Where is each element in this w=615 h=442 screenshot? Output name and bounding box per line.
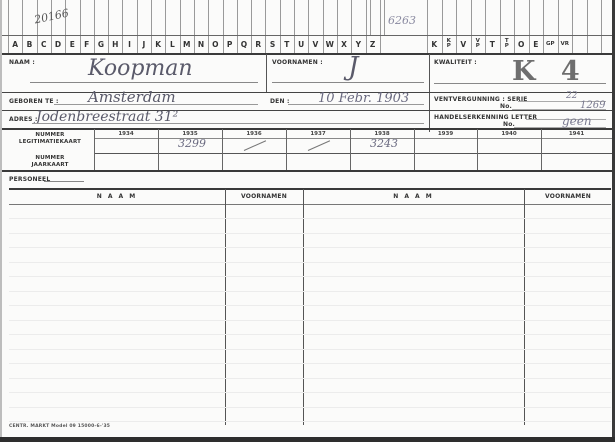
ruled-line <box>9 291 611 292</box>
category-tab: VR <box>558 36 573 52</box>
ruled-line <box>9 407 611 408</box>
personeel-header-voornamen-left: VOORNAMEN <box>225 193 303 200</box>
alphabet-tab-x: X <box>337 36 351 52</box>
den-underline <box>288 104 424 105</box>
ruled-line <box>9 363 611 364</box>
category-tab: V <box>456 36 471 52</box>
ruled-line <box>9 392 611 393</box>
voornamen-underline <box>272 82 424 83</box>
years-table-row-line <box>94 138 612 139</box>
alphabet-tab-q: Q <box>237 36 251 52</box>
ruled-line <box>9 247 611 248</box>
year-header: 1934 <box>94 131 158 137</box>
alphabet-tab-w: W <box>323 36 337 52</box>
naam-voornamen-divider <box>266 54 267 92</box>
personeel-header-voornamen-right: VOORNAMEN <box>524 193 612 200</box>
alphabet-tab-o: O <box>208 36 222 52</box>
tab-grid-line <box>384 0 385 35</box>
year-header: 1937 <box>286 131 350 137</box>
alphabet-tab-z: Z <box>366 36 380 52</box>
alphabet-tab-k: K <box>151 36 165 52</box>
personeel-underline <box>44 181 84 182</box>
years-table-row-line <box>94 153 612 154</box>
jaarkaart-row-label: JAARKAART <box>6 162 94 168</box>
dash-mark <box>244 140 266 151</box>
year-header: 1939 <box>414 131 477 137</box>
card-bottom-edge <box>0 437 615 442</box>
voornamen-label: VOORNAMEN : <box>272 59 323 66</box>
year-header: 1936 <box>222 131 286 137</box>
legitimatiekaart-row-label: NUMMER <box>6 132 94 138</box>
category-tab: T <box>485 36 500 52</box>
ventvergunning-no-label: No. <box>500 103 512 110</box>
jaarkaart-row-label: NUMMER <box>6 155 94 161</box>
year-header: 1940 <box>477 131 541 137</box>
alphabet-tab-p: P <box>223 36 237 52</box>
alphabet-tab-i: I <box>122 36 136 52</box>
voornamen-value: J <box>348 52 358 82</box>
ruled-line <box>9 378 611 379</box>
tab-grid-line <box>380 0 381 53</box>
alphabet-tab-n: N <box>194 36 208 52</box>
ruled-line <box>9 421 611 422</box>
category-code: T <box>490 40 495 49</box>
den-label: DEN : <box>270 98 290 105</box>
category-code: GP <box>546 41 555 47</box>
category-tab: O <box>514 36 529 52</box>
naam-underline <box>30 82 258 83</box>
kwaliteit-label: KWALITEIT : <box>434 59 477 66</box>
naam-label: NAAM : <box>9 59 35 66</box>
ruled-line <box>9 305 611 306</box>
category-code: V <box>460 40 466 49</box>
handwritten-reference-number: 6263 <box>388 14 416 27</box>
alphabet-tab-g: G <box>94 36 108 52</box>
personeel-col-divider-2 <box>303 189 304 425</box>
ventvergunning-label: VENTVERGUNNING : SERIE <box>434 96 528 103</box>
geboren-underline <box>54 104 258 105</box>
alphabet-tab-a: A <box>8 36 22 52</box>
alphabet-tab-b: B <box>22 36 36 52</box>
handelserkenning-label: HANDELSERKENNING LETTER <box>434 114 537 121</box>
geboren-label: GEBOREN TE : <box>9 98 59 105</box>
category-code-bottom: P <box>447 44 451 49</box>
ruled-line <box>9 334 611 335</box>
category-code: VR <box>561 41 570 47</box>
alphabet-tab-h: H <box>108 36 122 52</box>
print-mark: CENTR. MARKT Model 09 15000-6-'35 <box>9 424 110 429</box>
alphabet-tab-j: J <box>137 36 151 52</box>
alphabet-tab-s: S <box>265 36 279 52</box>
alphabet-tab-v: V <box>308 36 322 52</box>
ruled-line <box>9 349 611 350</box>
category-tab: TP <box>500 36 515 52</box>
year-header: 1941 <box>541 131 612 137</box>
personeel-col-divider-1 <box>225 189 226 425</box>
personeel-header-naam-left: N A A M <box>9 193 225 200</box>
ruled-line <box>9 276 611 277</box>
category-code-bottom: P <box>476 44 480 49</box>
years-table-bottom-line <box>2 170 612 172</box>
alphabet-tab-e: E <box>65 36 79 52</box>
ruled-line <box>9 262 611 263</box>
category-code-bottom: P <box>505 44 509 49</box>
category-tab: GP <box>543 36 558 52</box>
alphabet-row-bottom-line <box>2 53 612 55</box>
alphabet-tab-m: M <box>180 36 194 52</box>
adres-underline <box>32 123 424 124</box>
ruled-line <box>9 233 611 234</box>
alphabet-tab-r: R <box>251 36 265 52</box>
tab-grid-line <box>601 0 602 53</box>
legitimatiekaart-row-label: LEGITIMATIEKAART <box>6 139 94 145</box>
personeel-col-divider-3 <box>524 189 525 425</box>
tab-grid-line <box>587 0 588 53</box>
naam-value: Koopman <box>88 56 193 81</box>
alphabet-tab-f: F <box>80 36 94 52</box>
adres-label: ADRES : <box>9 116 38 123</box>
legitimatiekaart-number: 3299 <box>178 137 206 150</box>
category-code: O <box>518 40 524 49</box>
voornamen-kwaliteit-divider <box>429 54 430 132</box>
category-code: K <box>431 40 437 49</box>
ventvergunning-serie-value: 22 <box>566 91 577 101</box>
card-left-edge <box>0 0 2 442</box>
handelserkenning-value: geen <box>562 114 592 128</box>
alphabet-tab-t: T <box>280 36 294 52</box>
ruled-line <box>9 218 611 219</box>
tab-grid-line <box>370 0 371 35</box>
tab-grid-line <box>572 0 573 53</box>
category-tab: K <box>427 36 442 52</box>
alphabet-tab-y: Y <box>351 36 365 52</box>
index-card: 20166 6263 ABCDEFGHIJKLMNOPQRSTUVWXYZ KK… <box>0 0 615 442</box>
kwaliteit-underline <box>434 83 606 84</box>
alphabet-tab-d: D <box>51 36 65 52</box>
personeel-header-naam-right: N A A M <box>303 193 524 200</box>
alphabet-tab-u: U <box>294 36 308 52</box>
personeel-table-top-line <box>9 188 611 190</box>
dash-mark <box>308 140 330 151</box>
personeel-table-header-line <box>9 204 611 205</box>
legitimatiekaart-number: 3243 <box>370 137 398 150</box>
ruled-line <box>9 320 611 321</box>
category-tab: KP <box>442 36 457 52</box>
category-code: E <box>533 40 538 49</box>
category-tab: E <box>529 36 544 52</box>
alphabet-tab-l: L <box>165 36 179 52</box>
alphabet-tab-c: C <box>37 36 51 52</box>
category-tab: VP <box>471 36 486 52</box>
